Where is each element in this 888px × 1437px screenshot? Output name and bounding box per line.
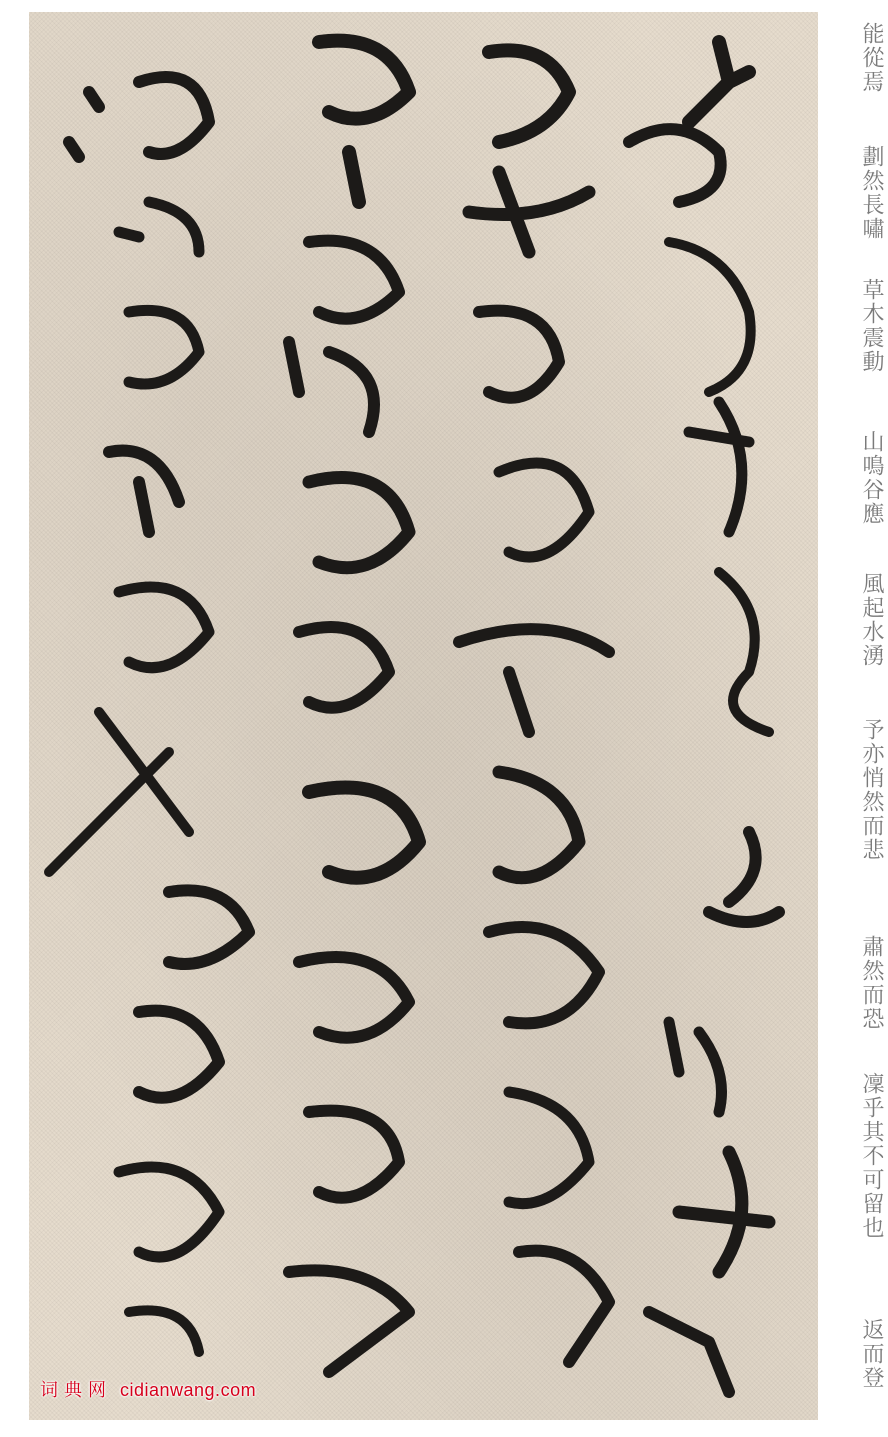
annotation-line-8: 凜乎其不可留也 <box>838 1072 882 1240</box>
annotation-line-7: 肅然而恐 <box>838 935 882 1031</box>
annotation-line-6: 予亦悄然而悲 <box>838 718 882 862</box>
site-watermark: 词典网cidianwang.com <box>40 1376 256 1402</box>
annotation-line-1: 能從焉 <box>838 22 882 94</box>
annotation-line-3: 草木震動 <box>838 278 882 374</box>
watermark-cn: 词典网 <box>40 1380 112 1400</box>
calligraphy-paper <box>29 12 818 1420</box>
calligraphy-strokes <box>29 12 818 1420</box>
annotation-line-2: 劃然長嘯 <box>838 145 882 241</box>
annotation-line-4: 山鳴谷應 <box>838 430 882 526</box>
annotation-line-9: 返而登 <box>838 1318 882 1390</box>
annotation-line-5: 風起水湧 <box>838 572 882 668</box>
watermark-url: cidianwang.com <box>120 1380 256 1400</box>
